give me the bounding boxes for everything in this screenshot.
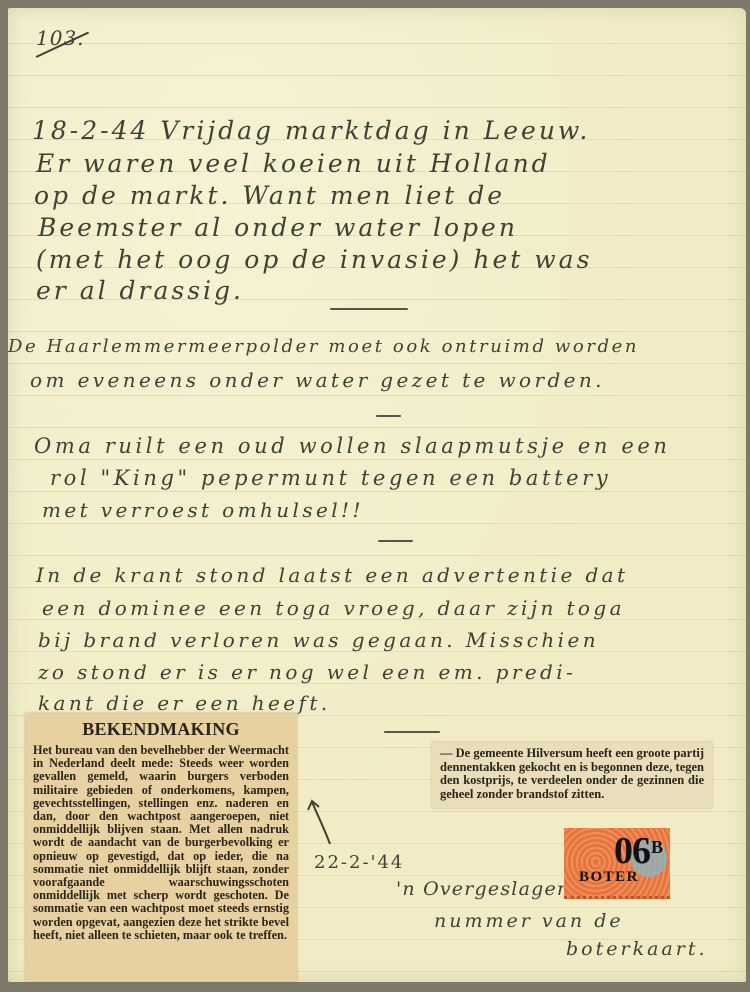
section-divider [330,308,408,310]
entry3-line: rol "King" pepermunt tegen een battery [50,468,611,489]
newspaper-clipping-hilversum: — De gemeente Hilversum heeft een groote… [432,742,712,808]
entry2-line: om eveneens onder water gezet te worden. [30,370,605,390]
entry4-line: kant die er een heeft. [38,693,331,713]
butter-ration-stamp: 06B BOTER [564,828,670,899]
stamp-number-value: 06 [614,830,650,872]
note-line: 'n Overgeslagen [396,880,570,899]
note-date: 22-2-'44 [314,854,404,872]
clipping-title: BEKENDMAKING [25,719,297,740]
note-line: boterkaart. [566,940,708,959]
stamp-suffix: B [651,837,662,857]
entry4-line: bij brand verloren was gegaan. Misschien [38,630,599,650]
entry1-line: Beemster al onder water lopen [38,215,518,240]
stamp-label: BOTER [579,869,639,886]
section-divider [384,731,440,733]
entry1-line: er al drassig. [36,278,244,303]
entry1-line: 18-2-44 Vrijdag marktdag in Leeuw. [32,118,590,143]
newspaper-clipping-bekendmaking: BEKENDMAKING Het bureau van den bevelheb… [25,713,297,981]
entry4-line: zo stond er is er nog wel een em. predi- [38,662,576,682]
section-divider [378,540,413,542]
clipping-body: — De gemeente Hilversum heeft een groote… [432,742,712,801]
entry2-line: De Haarlemmermeerpolder moet ook ontruim… [8,338,639,356]
stamp-number: 06B [614,832,662,870]
entry3-line: Oma ruilt een oud wollen slaapmutsje en … [34,436,671,457]
clipping-body: Het bureau van den bevelhebber der Weerm… [25,744,297,942]
entry1-line: (met het oog op de invasie) het was [36,247,592,272]
section-divider [376,415,401,417]
entry1-line: op de markt. Want men liet de [34,183,505,208]
entry4-line: In de krant stond laatst een advertentie… [36,565,628,585]
entry4-line: een dominee een toga vroeg, daar zijn to… [42,598,625,618]
note-line: nummer van de [434,912,624,931]
entry3-line: met verroest omhulsel!! [42,500,364,520]
entry1-line: Er waren veel koeien uit Holland [36,151,551,176]
arrow-icon [306,798,336,846]
